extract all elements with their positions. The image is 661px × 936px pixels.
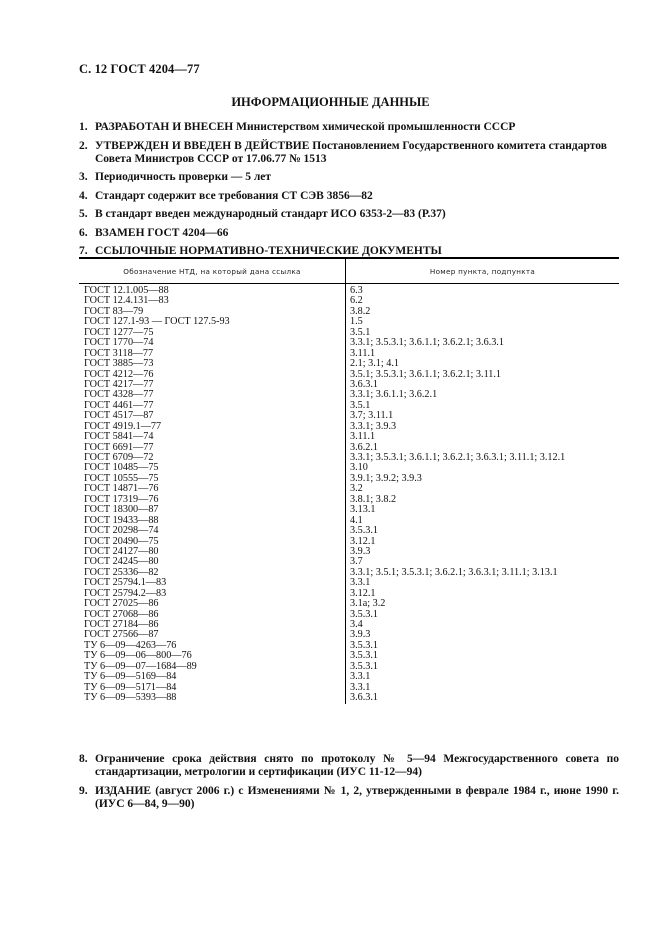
table-cell-clause: 3.8.1; 3.8.2 [350,495,619,505]
table-cell-document: ГОСТ 3885—73 [84,359,345,369]
column-header-document: Обозначение НТД, на который дана ссылка [79,259,345,283]
table-cell-document: ТУ 6—09—5393—88 [84,693,345,703]
table-cell-clause: 3.6.3.1 [350,693,619,703]
item-lead: УТВЕРЖДЕН И ВВЕДЕН В ДЕЙСТВИЕ [95,140,309,152]
table-cell-clause: 3.9.1; 3.9.2; 3.9.3 [350,474,619,484]
reference-documents-table: Обозначение НТД, на который дана ссылка … [79,257,619,704]
table-cell-clause: 3.3.1; 3.6.1.1; 3.6.2.1 [350,390,619,400]
item-lead: ССЫЛОЧНЫЕ НОРМАТИВНО-ТЕХНИЧЕСКИЕ ДОКУМЕН… [95,245,442,257]
table-cell-clause: 3.12.1 [350,589,619,599]
item-number: 5. [79,208,88,221]
table-cell-clause: 3.4 [350,620,619,630]
table-cell-clause: 3.5.3.1 [350,526,619,536]
info-item-6: 6. ВЗАМЕН ГОСТ 4204—66 [79,227,619,240]
table-cell-clause: 3.13.1 [350,505,619,515]
table-cell-clause: 3.5.3.1 [350,662,619,672]
table-cell-clause: 3.5.3.1 [350,641,619,651]
table-cell-clause: 3.3.1; 3.5.3.1; 3.6.1.1; 3.6.2.1; 3.6.3.… [350,453,619,463]
table-cell-clause: 6.2 [350,296,619,306]
item-lead: РАЗРАБОТАН И ВНЕСЕН [95,121,233,133]
table-cell-clause: 3.9.3 [350,630,619,640]
table-header: Обозначение НТД, на который дана ссылка … [79,259,619,284]
info-item-5: 5. В стандарт введен международный станд… [79,208,619,221]
table-cell-document: ГОСТ 5841—74 [84,432,345,442]
table-cell-clause: 3.3.1; 3.9.3 [350,422,619,432]
item-text: ИЗДАНИЕ (август 2006 г.) с Изменениями №… [95,785,619,810]
table-cell-clause: 3.12.1 [350,537,619,547]
tail-list: 8. Ограничение срока действия снято по п… [79,753,619,816]
table-cell-clause: 3.3.1; 3.5.1; 3.5.3.1; 3.6.2.1; 3.6.3.1;… [350,568,619,578]
item-number: 4. [79,190,88,203]
info-item-1: 1. РАЗРАБОТАН И ВНЕСЕН Министерством хим… [79,121,619,134]
table-cell-clause: 3.5.3.1 [350,610,619,620]
table-body: ГОСТ 12.1.005—88ГОСТ 12.4.131—83ГОСТ 83—… [79,284,619,704]
table-cell-clause: 3.3.1; 3.5.3.1; 3.6.1.1; 3.6.2.1; 3.6.3.… [350,338,619,348]
item-number: 9. [79,785,88,798]
table-cell-clause: 3.5.3.1 [350,651,619,661]
item-number: 1. [79,121,88,134]
table-cell-clause: 4.1 [350,516,619,526]
item-number: 8. [79,753,88,766]
info-item-4: 4. Стандарт содержит все требования СТ С… [79,190,619,203]
table-cell-clause: 3.9.3 [350,547,619,557]
item-text: Стандарт содержит все требования СТ СЭВ … [95,190,373,202]
table-cell-clause: 6.3 [350,286,619,296]
table-cell-clause: 1.5 [350,317,619,327]
table-cell-clause: 2.1; 3.1; 4.1 [350,359,619,369]
document-column: ГОСТ 12.1.005—88ГОСТ 12.4.131—83ГОСТ 83—… [79,284,345,704]
table-cell-clause: 3.3.1 [350,672,619,682]
item-number: 2. [79,140,88,153]
item-text: Министерством химической промышленности … [233,121,515,133]
table-cell-document: ГОСТ 27025—86 [84,599,345,609]
table-cell-clause: 3.8.2 [350,307,619,317]
item-text: В стандарт введен международный стандарт… [95,208,446,220]
column-header-clause: Номер пункта, подпункта [345,259,619,283]
clause-column: 6.36.23.8.21.53.5.13.3.1; 3.5.3.1; 3.6.1… [345,284,619,704]
table-cell-document: ГОСТ 20298—74 [84,526,345,536]
table-cell-clause: 3.11.1 [350,432,619,442]
page-title: ИНФОРМАЦИОННЫЕ ДАННЫЕ [0,95,661,110]
item-number: 3. [79,171,88,184]
table-cell-clause: 3.3.1 [350,683,619,693]
item-number: 6. [79,227,88,240]
running-head: С. 12 ГОСТ 4204—77 [79,62,200,77]
table-cell-clause: 3.1а; 3.2 [350,599,619,609]
table-cell-clause: 3.3.1 [350,578,619,588]
item-lead: ВЗАМЕН ГОСТ 4204—66 [95,227,228,239]
item-text: Ограничение срока действия снято по прот… [95,753,619,778]
info-item-9: 9. ИЗДАНИЕ (август 2006 г.) с Изменениям… [79,785,619,811]
info-list: 1. РАЗРАБОТАН И ВНЕСЕН Министерством хим… [79,121,619,264]
info-item-2: 2. УТВЕРЖДЕН И ВВЕДЕН В ДЕЙСТВИЕ Постано… [79,140,619,166]
info-item-8: 8. Ограничение срока действия снято по п… [79,753,619,779]
item-text: Периодичность проверки — 5 лет [95,171,271,183]
table-cell-clause: 3.5.1; 3.5.3.1; 3.6.1.1; 3.6.2.1; 3.11.1 [350,370,619,380]
info-item-3: 3. Периодичность проверки — 5 лет [79,171,619,184]
